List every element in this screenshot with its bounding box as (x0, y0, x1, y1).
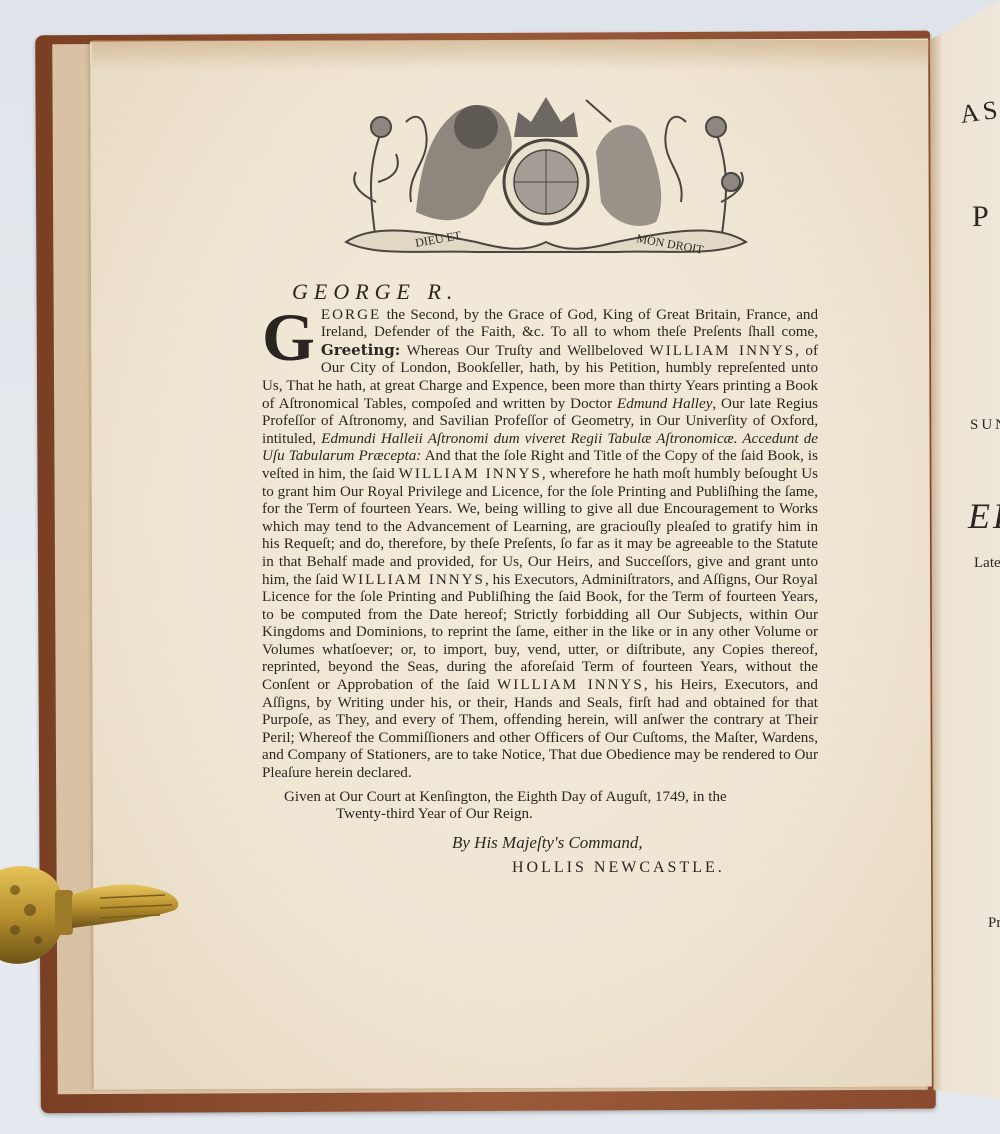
title-fragment: ASTI (958, 90, 1000, 130)
name-william-innys: WILLIAM INNYS (650, 343, 796, 359)
title-fragment: Late (974, 555, 1000, 572)
given-at-line-2: Twenty-third Year of Our Reign. (336, 806, 818, 824)
facing-title-page: ASTI P SUN ED Late Prin (930, 0, 1000, 1100)
title-fragment: SUN (970, 417, 1000, 434)
page-foxing (92, 40, 930, 70)
name-william-innys: WILLIAM INNYS (399, 466, 542, 482)
imprint-fragment: Prin (988, 915, 1000, 932)
name-william-innys: WILLIAM INNYS (497, 677, 644, 693)
document-heading: GEORGE R. (292, 283, 818, 301)
privilege-body: GEORGE the Second, by the Grace of God, … (262, 307, 818, 783)
name-william-innys: WILLIAM INNYS (342, 572, 485, 588)
drop-cap: G (262, 311, 315, 363)
royal-privilege-text: GEORGE R. GEORGE the Second, by the Grac… (262, 283, 818, 877)
royal-coat-of-arms-icon: DIEU ET MON DROIT (336, 92, 756, 257)
signatory: HOLLIS NEWCASTLE. (512, 859, 818, 877)
name-edmund-halley: Edmund Halley (617, 396, 712, 412)
given-at-line: Given at Our Court at Kenſington, the Ei… (284, 789, 818, 807)
title-fragment: P (972, 200, 989, 234)
by-command-line: By His Majeſty's Command, (452, 834, 818, 852)
blackletter-greeting: Greeting: (321, 341, 400, 359)
brass-hand-page-clip-icon (0, 860, 185, 970)
author-fragment: ED (968, 495, 1000, 537)
